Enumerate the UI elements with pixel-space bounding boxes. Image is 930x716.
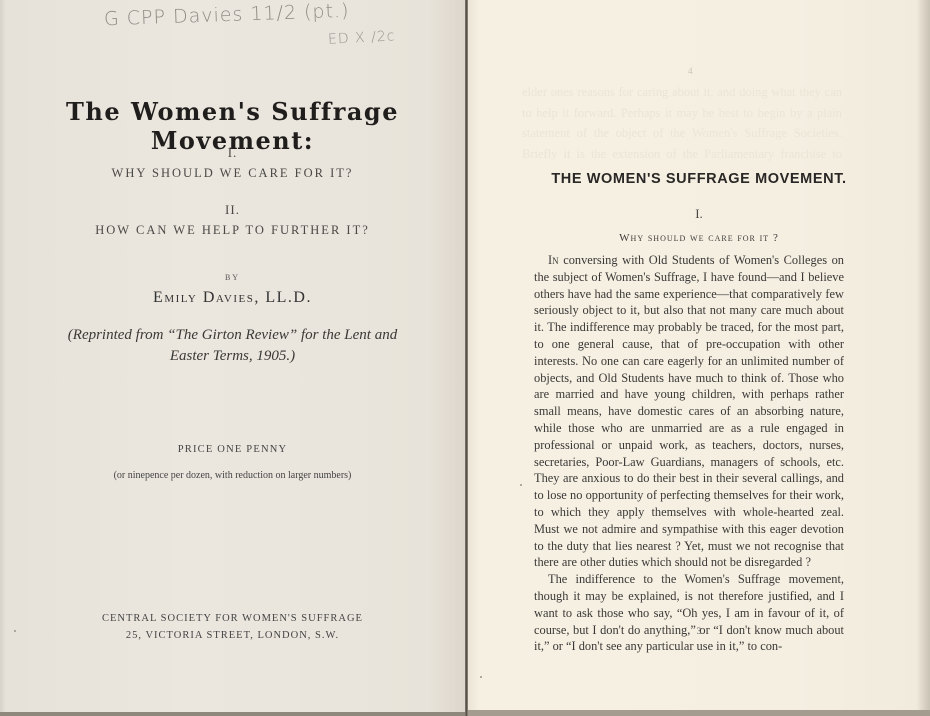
section-heading: Why should we care for it ? (468, 232, 930, 244)
paper-speck (480, 676, 482, 678)
bleed-through-text: elder ones reasons for caring about it, … (522, 82, 842, 170)
paragraph-text: conversing with Old Students of Women's … (534, 253, 844, 569)
paragraph-1: In conversing with Old Students of Women… (534, 252, 844, 571)
by-label: BY (0, 273, 465, 282)
publisher-name: CENTRAL SOCIETY FOR WOMEN'S SUFFRAGE (0, 613, 465, 624)
page-edge (468, 710, 930, 716)
price-label: PRICE ONE PENNY (0, 444, 465, 455)
part-two-heading: HOW CAN WE HELP TO FURTHER IT? (0, 223, 465, 238)
part-one-heading: WHY SHOULD WE CARE FOR IT? (0, 166, 465, 181)
author-name: Emily Davies, LL.D. (0, 289, 465, 307)
paragraph-lead: In (548, 253, 559, 267)
price-note: (or ninepence per dozen, with reduction … (0, 470, 465, 481)
publisher-address: 25, VICTORIA STREET, LONDON, S.W. (0, 630, 465, 641)
paragraph-text: The indifference to the Women's Suffrage… (534, 572, 844, 653)
bleed-through-page-mark: 4 (688, 66, 693, 76)
reprint-note-line1: (Reprinted from “The Girton Review” for … (0, 327, 465, 344)
part-one-numeral: I. (0, 145, 465, 161)
section-numeral: I. (468, 206, 930, 222)
reprint-note-line2: Easter Terms, 1905.) (0, 348, 465, 365)
body-text: In conversing with Old Students of Women… (534, 252, 844, 655)
page-edge (0, 712, 465, 716)
paragraph-2: The indifference to the Women's Suffrage… (534, 571, 844, 655)
paper-speck (14, 630, 16, 632)
chapter-title: THE WOMEN'S SUFFRAGE MOVEMENT. (468, 171, 930, 187)
part-two-numeral: II. (0, 202, 465, 218)
page-number: 3 (468, 627, 930, 637)
paper-speck (520, 484, 522, 486)
